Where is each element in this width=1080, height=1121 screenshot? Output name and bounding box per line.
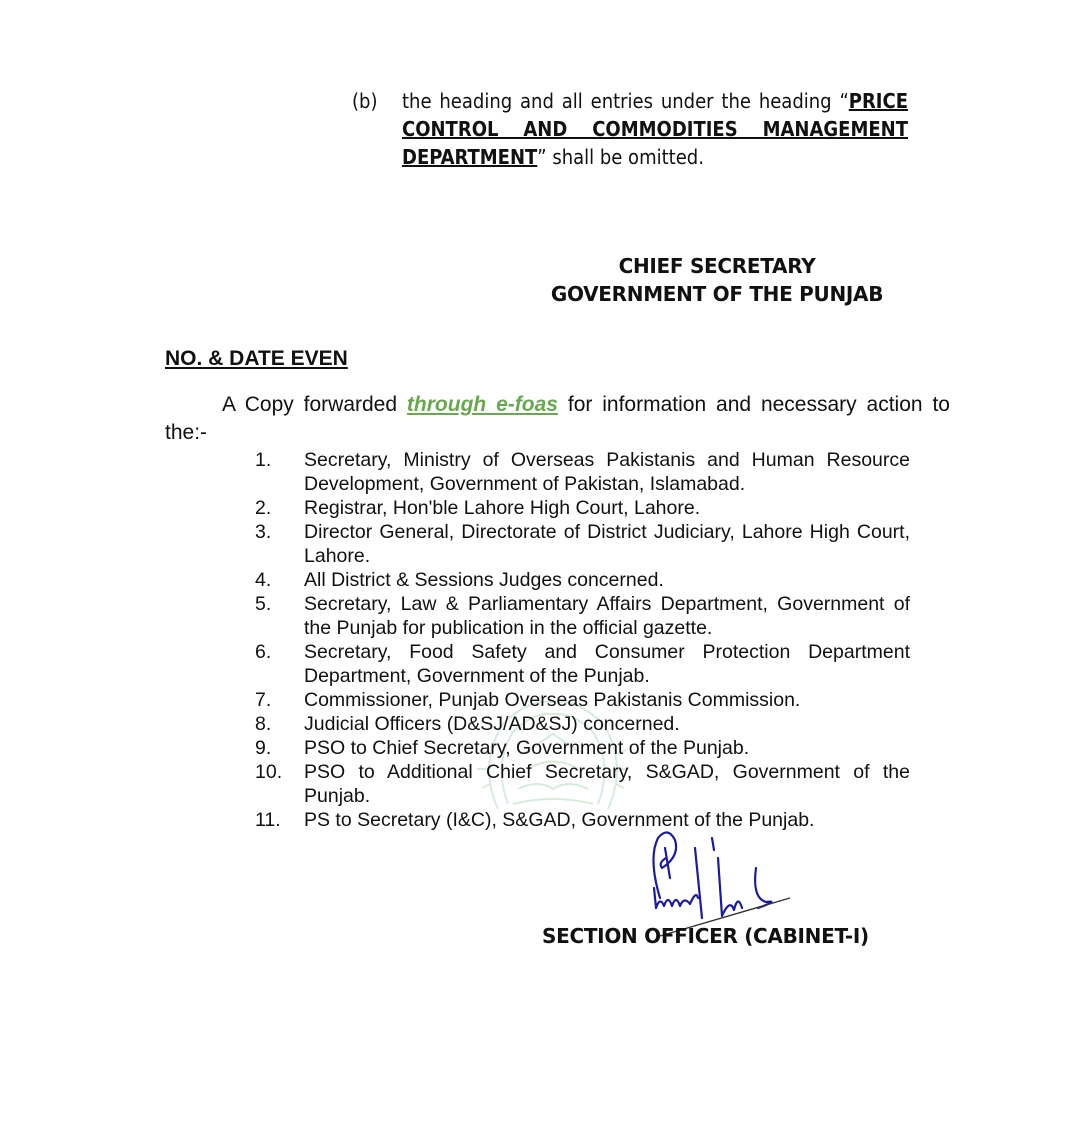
list-item: 7.Commissioner, Punjab Overseas Pakistan… xyxy=(255,688,910,712)
list-item: 9.PSO to Chief Secretary, Government of … xyxy=(255,736,910,760)
list-item: 11.PS to Secretary (I&C), S&GAD, Governm… xyxy=(255,808,910,832)
forwarding-paragraph: A Copy forwarded through e-foas for info… xyxy=(165,391,950,447)
clause-text-after: ” shall be omitted. xyxy=(537,145,704,169)
clause-text-before: the heading and all entries under the he… xyxy=(402,89,849,113)
signatory-block: CHIEF SECRETARY GOVERNMENT OF THE PUNJAB xyxy=(520,252,914,308)
intro-before: A Copy forwarded xyxy=(222,393,407,416)
recipient-list: 1.Secretary, Ministry of Overseas Pakist… xyxy=(255,448,910,832)
signatory-title: CHIEF SECRETARY xyxy=(520,252,914,280)
list-item: 4.All District & Sessions Judges concern… xyxy=(255,568,910,592)
no-date-heading: NO. & DATE EVEN xyxy=(165,347,348,371)
handwritten-signature-icon xyxy=(640,828,800,938)
list-item: 1.Secretary, Ministry of Overseas Pakist… xyxy=(255,448,910,496)
list-item: 3.Director General, Directorate of Distr… xyxy=(255,520,910,568)
list-item: 6.Secretary, Food Safety and Consumer Pr… xyxy=(255,640,910,688)
list-item: 8.Judicial Officers (D&SJ/AD&SJ) concern… xyxy=(255,712,910,736)
clause-label: (b) xyxy=(352,87,377,115)
signatory-office: GOVERNMENT OF THE PUNJAB xyxy=(520,280,914,308)
list-item: 10.PSO to Additional Chief Secretary, S&… xyxy=(255,760,910,808)
clause-body: the heading and all entries under the he… xyxy=(402,87,908,171)
efoas-highlight: through e-foas xyxy=(407,393,558,416)
list-item: 5.Secretary, Law & Parliamentary Affairs… xyxy=(255,592,910,640)
section-officer-title: SECTION OFFICER (CABINET-I) xyxy=(542,924,869,948)
list-item: 2.Registrar, Hon'ble Lahore High Court, … xyxy=(255,496,910,520)
